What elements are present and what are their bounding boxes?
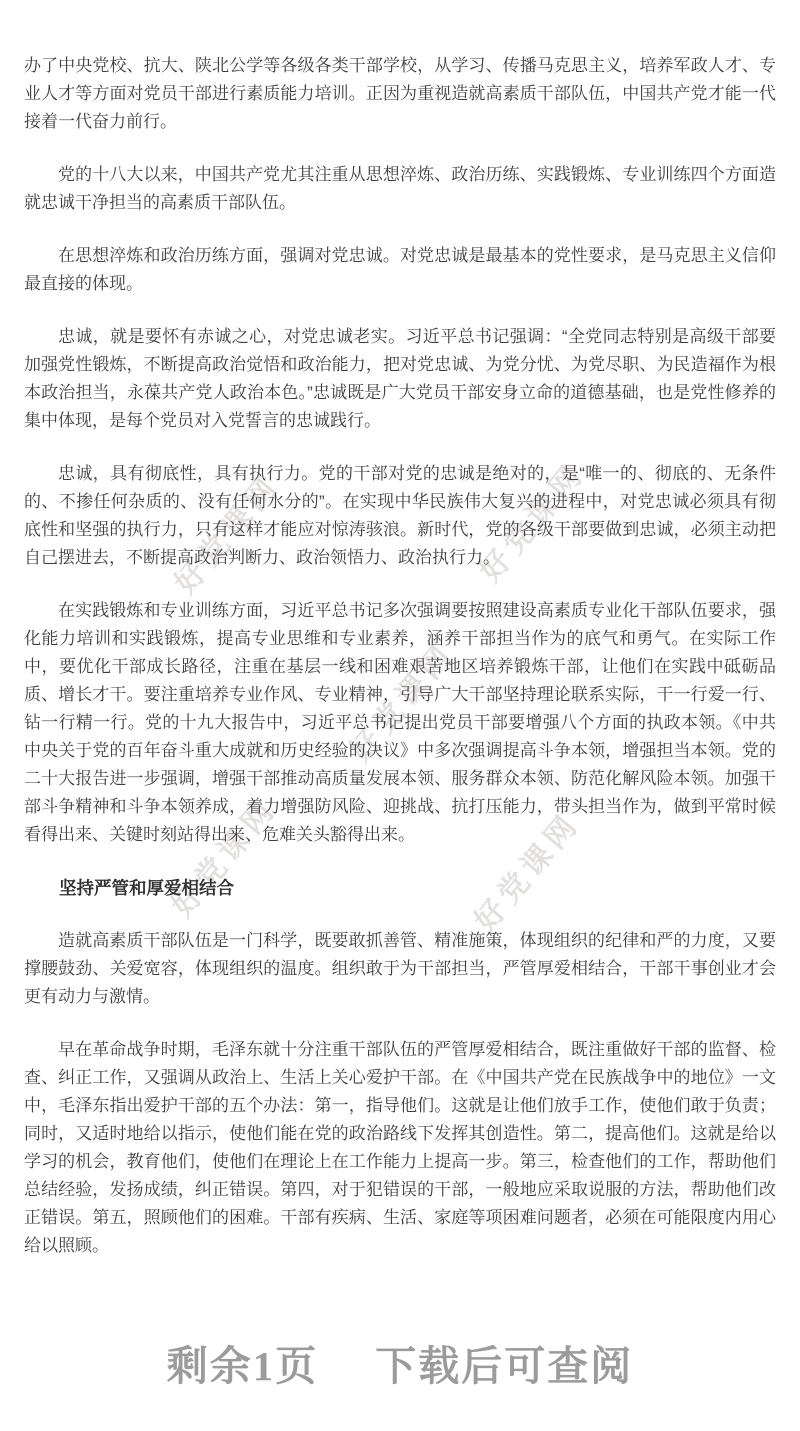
paragraph: 党的十八大以来，中国共产党尤其注重从思想淬炼、政治历练、实践锻炼、专业训练四个方… (24, 161, 776, 217)
paragraph: 忠诚，就是要怀有赤诚之心，对党忠诚老实。习近平总书记强调：“全党同志特别是高级干… (24, 323, 776, 435)
remaining-pages-text: 剩余1页 (167, 1333, 319, 1392)
remaining-pages-banner: 剩余1页 下载后可查阅 (0, 1333, 800, 1392)
paragraph: 造就高素质干部队伍是一门科学，既要敢抓善管、精准施策，体现组织的纪律和严的力度，… (24, 927, 776, 1011)
paragraph: 在实践锻炼和专业训练方面，习近平总书记多次强调要按照建设高素质专业化干部队伍要求… (24, 597, 776, 849)
paragraph: 办了中央党校、抗大、陕北公学等各级各类干部学校，从学习、传播马克思主义，培养军政… (24, 52, 776, 136)
paragraph: 忠诚，具有彻底性，具有执行力。党的干部对党的忠诚是绝对的，是“唯一的、彻底的、无… (24, 460, 776, 572)
download-hint-text: 下载后可查阅 (375, 1333, 633, 1392)
document-page: 好党课网好党课网好党课网好党课网好党课网 办了中央党校、抗大、陕北公学等各级各类… (0, 0, 800, 1431)
paragraph: 早在革命战争时期，毛泽东就十分注重干部队伍的严管厚爱相结合，既注重做好干部的监督… (24, 1036, 776, 1260)
section-heading: 坚持严管和厚爱相结合 (24, 874, 776, 902)
document-content: 办了中央党校、抗大、陕北公学等各级各类干部学校，从学习、传播马克思主义，培养军政… (24, 52, 776, 1285)
paragraph: 在思想淬炼和政治历练方面，强调对党忠诚。对党忠诚是最基本的党性要求，是马克思主义… (24, 242, 776, 298)
